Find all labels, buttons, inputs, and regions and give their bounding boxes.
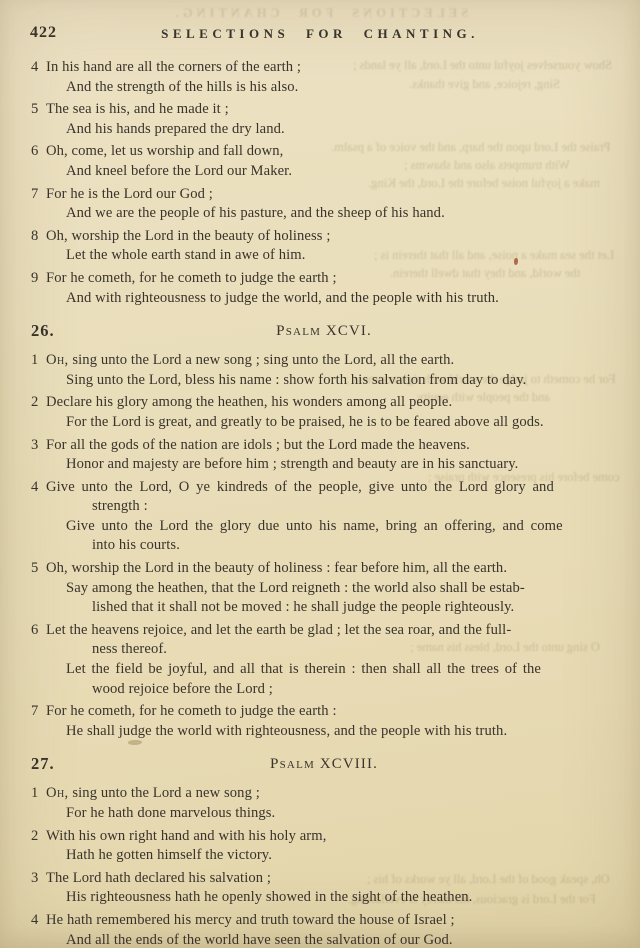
bleed-through-text: SELECTIONS FOR CHANTING.: [172, 6, 468, 21]
page-header: 422 SELECTIONS FOR CHANTING.: [0, 24, 640, 46]
verse-number: 9: [31, 269, 38, 289]
verse: 1Oh, sing unto the Lord a new song ; sin…: [30, 351, 618, 390]
verse-number: 4: [31, 58, 38, 78]
verse-line: Oh, sing unto the Lord a new song ;: [46, 784, 618, 804]
verse: 5Oh, worship the Lord in the beauty of h…: [30, 559, 618, 618]
selection-number: 27.: [31, 754, 55, 774]
section-heading: 27.Psalm XCVIII.: [30, 754, 618, 775]
verse: 6Oh, come, let us worship and fall down,…: [30, 142, 618, 181]
verse-number: 7: [31, 702, 38, 722]
verse-line: The Lord hath declared his salvation ;: [46, 869, 618, 889]
verse-smallcaps-lead: Oh,: [46, 785, 69, 801]
verse: 2Declare his glory among the heathen, hi…: [30, 393, 618, 432]
verse: 4In his hand are all the corners of the …: [30, 58, 618, 97]
verse-number: 7: [31, 185, 38, 205]
verse: 5The sea is his, and he made it ;And his…: [30, 100, 618, 139]
verse-number: 8: [31, 227, 38, 247]
verse-line: Oh, sing unto the Lord a new song ; sing…: [46, 351, 618, 371]
verse-line: He shall judge the world with righteousn…: [66, 722, 618, 742]
verse-line: Let the whole earth stand in awe of him.: [66, 246, 618, 266]
verse-number: 3: [31, 869, 38, 889]
verse-number: 1: [31, 784, 38, 804]
psalm-word: Psalm: [270, 755, 315, 772]
verse: 2With his own right hand and with his ho…: [30, 827, 618, 866]
verse-line: For he cometh, for he cometh to judge th…: [46, 269, 618, 289]
verse-line: lished that it shall not be moved : he s…: [92, 598, 618, 618]
verse-number: 3: [31, 436, 38, 456]
verse-line: The sea is his, and he made it ;: [46, 100, 618, 120]
psalm-title: Psalm XCVI.: [276, 323, 372, 339]
verse-line: And the strength of the hills is his als…: [66, 78, 618, 98]
selection-number: 26.: [31, 321, 55, 341]
verse-line: Oh, worship the Lord in the beauty of ho…: [46, 559, 618, 579]
verse: 8Oh, worship the Lord in the beauty of h…: [30, 227, 618, 266]
verse-line: Give unto the Lord, O ye kindreds of the…: [46, 478, 618, 498]
verse-line: Give unto the Lord the glory due unto hi…: [66, 517, 618, 537]
psalm-title: Psalm XCVIII.: [270, 756, 378, 772]
verse-line: And his hands prepared the dry land.: [66, 120, 618, 140]
verse-line: For he is the Lord our God ;: [46, 185, 618, 205]
text-block: 4In his hand are all the corners of the …: [30, 58, 618, 948]
verse-number: 4: [31, 478, 38, 498]
verse: 4Give unto the Lord, O ye kindreds of th…: [30, 478, 618, 556]
verse: 3For all the gods of the nation are idol…: [30, 436, 618, 475]
verse: 4He hath remembered his mercy and truth …: [30, 911, 618, 948]
section-heading: 26.Psalm XCVI.: [30, 321, 618, 342]
verse-line: strength :: [92, 497, 618, 517]
verse-line: Declare his glory among the heathen, his…: [46, 393, 618, 413]
verse-line: And with righteousness to judge the worl…: [66, 289, 618, 309]
verse-number: 6: [31, 142, 38, 162]
verse: 7For he cometh, for he cometh to judge t…: [30, 702, 618, 741]
verse-smallcaps-lead: Oh,: [46, 352, 69, 368]
verse-number: 5: [31, 100, 38, 120]
page-number: 422: [30, 24, 57, 42]
verse-line: And all the ends of the world have seen …: [66, 931, 618, 948]
verse-line: His righteousness hath he openly showed …: [66, 888, 618, 908]
verse-line: wood rejoice before the Lord ;: [92, 680, 618, 700]
verse-line: Say among the heathen, that the Lord rei…: [66, 579, 618, 599]
psalm-numeral: XCVIII.: [315, 756, 378, 772]
verse-line: Oh, come, let us worship and fall down,: [46, 142, 618, 162]
book-page: SELECTIONS FOR CHANTING.Show yourselves …: [0, 0, 640, 948]
verse-line: With his own right hand and with his hol…: [46, 827, 618, 847]
verse-number: 2: [31, 393, 38, 413]
verse-number: 4: [31, 911, 38, 931]
psalm-numeral: XCVI.: [321, 323, 372, 339]
verse-line: And we are the people of his pasture, an…: [66, 204, 618, 224]
verse: 7For he is the Lord our God ;And we are …: [30, 185, 618, 224]
verse-number: 1: [31, 351, 38, 371]
verse-line: Honor and majesty are before him ; stren…: [66, 455, 618, 475]
verse: 3The Lord hath declared his salvation ;H…: [30, 869, 618, 908]
verse-line: For he cometh, for he cometh to judge th…: [46, 702, 618, 722]
verse: 6Let the heavens rejoice, and let the ea…: [30, 621, 618, 699]
verse-line: For the Lord is great, and greatly to be…: [66, 413, 618, 433]
verse-number: 5: [31, 559, 38, 579]
running-title: SELECTIONS FOR CHANTING.: [161, 26, 479, 42]
verse-number: 6: [31, 621, 38, 641]
verse-line: ness thereof.: [92, 640, 618, 660]
verse-line: Let the heavens rejoice, and let the ear…: [46, 621, 618, 641]
verse-line: He hath remembered his mercy and truth t…: [46, 911, 618, 931]
verse-line: In his hand are all the corners of the e…: [46, 58, 618, 78]
verse-line: For he hath done marvelous things.: [66, 804, 618, 824]
verse-line: And kneel before the Lord our Maker.: [66, 162, 618, 182]
psalm-word: Psalm: [276, 322, 321, 339]
verse-line: Hath he gotten himself the victory.: [66, 846, 618, 866]
verse-line: Let the field be joyful, and all that is…: [66, 660, 618, 680]
verse-line: into his courts.: [92, 536, 618, 556]
verse-line: Oh, worship the Lord in the beauty of ho…: [46, 227, 618, 247]
verse: 9For he cometh, for he cometh to judge t…: [30, 269, 618, 308]
verse: 1Oh, sing unto the Lord a new song ;For …: [30, 784, 618, 823]
verse-line: For all the gods of the nation are idols…: [46, 436, 618, 456]
verse-number: 2: [31, 827, 38, 847]
verse-line: Sing unto the Lord, bless his name : sho…: [66, 371, 618, 391]
